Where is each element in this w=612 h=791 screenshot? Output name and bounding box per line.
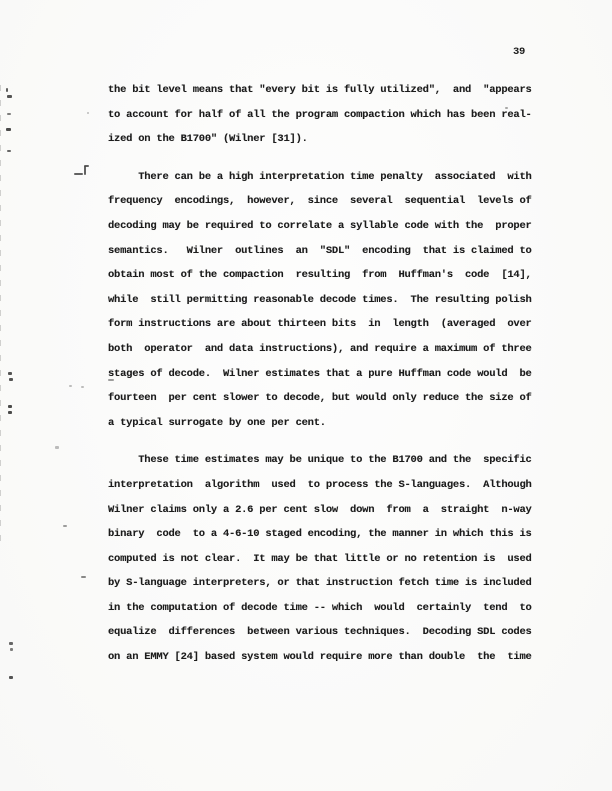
scan-artifact [55, 446, 59, 449]
scan-artifact [7, 95, 12, 98]
scan-artifact [7, 113, 11, 115]
paragraph-time-estimates: These time estimates may be unique to th… [108, 448, 538, 669]
scan-artifact [63, 525, 67, 527]
margin-mark-hook-stem [84, 166, 86, 175]
scan-artifact [10, 648, 13, 651]
paragraph-bit-level: the bit level means that "every bit is f… [108, 78, 538, 152]
scan-artifact [9, 676, 13, 679]
scan-edge-line [0, 85, 1, 545]
scanned-thesis-page: 39 the bit level means that "every bit i… [0, 0, 612, 791]
margin-mark-hook-top [84, 165, 89, 167]
scan-artifact [505, 107, 508, 109]
margin-mark-dash [74, 173, 83, 175]
page-number: 39 [513, 46, 525, 58]
scan-artifact [8, 372, 12, 375]
scan-artifact [87, 112, 89, 114]
scan-artifact [69, 385, 72, 387]
scan-artifact [9, 378, 13, 381]
scan-artifact [6, 128, 11, 131]
scan-artifact [7, 150, 11, 152]
scan-artifact [6, 88, 8, 92]
scan-artifact [8, 405, 12, 408]
scan-artifact [108, 379, 114, 381]
scan-artifact [8, 411, 12, 414]
scan-artifact [81, 386, 84, 388]
scan-artifact [9, 642, 13, 645]
document-body: the bit level means that "every bit is f… [108, 78, 538, 670]
scan-artifact [81, 576, 86, 578]
paragraph-interpretation-penalty: There can be a high interpretation time … [108, 165, 538, 436]
